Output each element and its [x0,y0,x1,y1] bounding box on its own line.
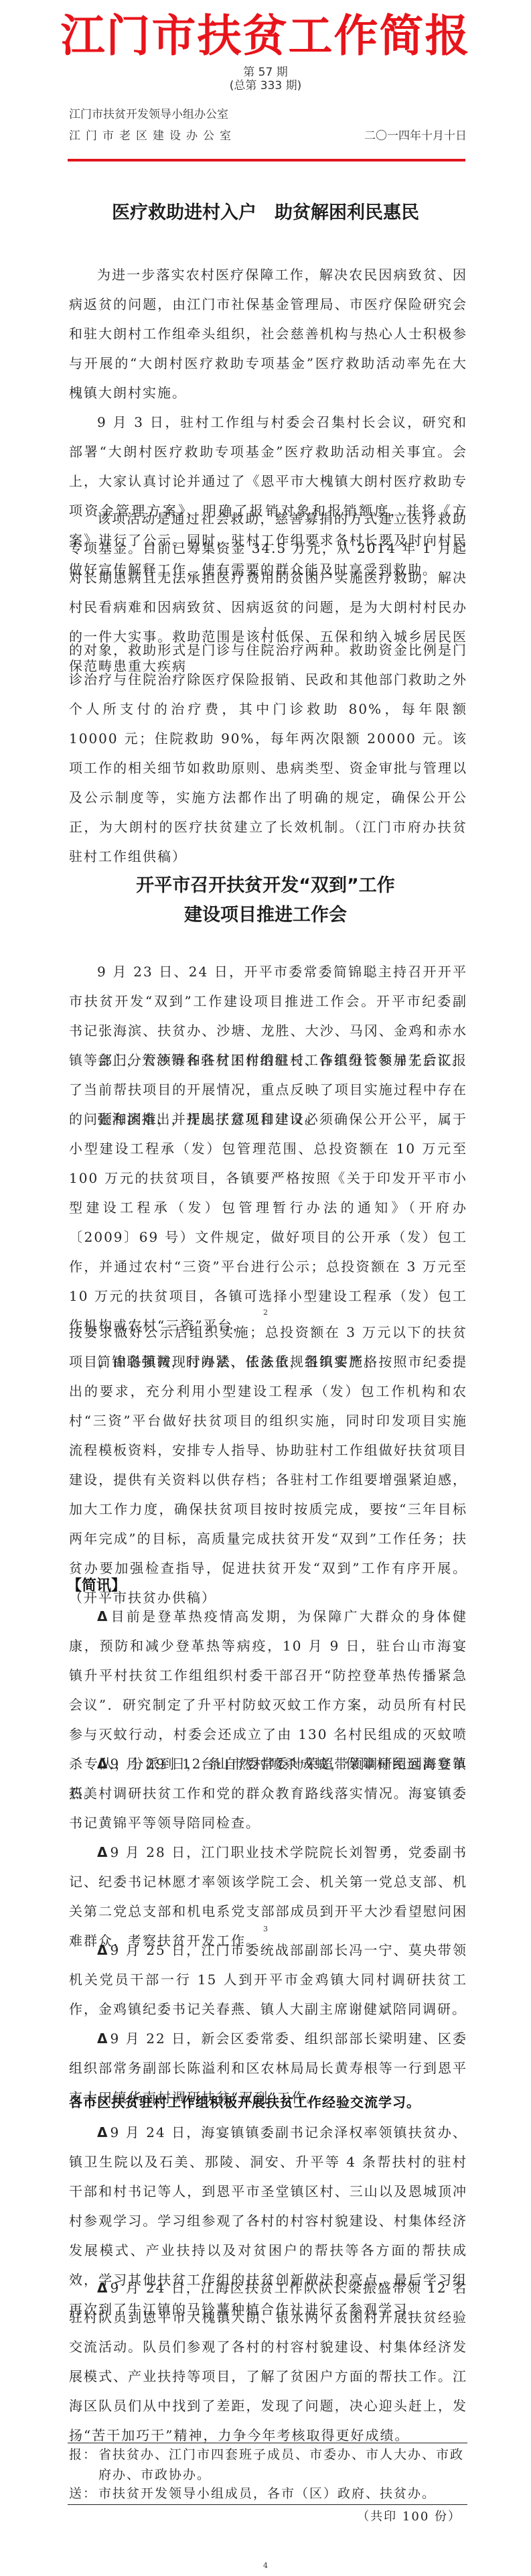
distribution-top-rule [68,2443,467,2443]
page-number: 2 [0,1308,531,1317]
delta-bullet-icon: Δ [97,2280,108,2296]
issue-total-number: (总第 333 期) [0,79,531,92]
delta-bullet-icon: Δ [97,2124,108,2140]
delta-bullet-icon: Δ [97,1608,108,1624]
issue-number: 第 57 期 [0,66,531,79]
article-2-title-line-2: 建设项目推进工作会 [0,901,531,930]
brief-item: Δ9 月 29 日，台山市委常委叶荣超带领调研组到海宴镇石美村调研扶贫工作和党的… [69,1749,467,1838]
delta-bullet-icon: Δ [97,1844,108,1860]
delta-bullet-icon: Δ [97,2031,108,2047]
article-1-paragraph: 的对象，救助形式是门诊与住院治疗两种。救助资金比例是门诊治疗与住院治疗除医疗保险… [69,635,467,871]
page-number: 4 [0,2561,531,2571]
article-2-paragraph: 张海滨指出，开展扶贫项目建设必须确保公开公平，属于小型建设工程承（发）包管理范围… [69,1104,467,1340]
article-2-title-line-1: 开平市召开扶贫开发“双到”工作 [0,871,531,901]
delta-bullet-icon: Δ [97,1942,108,1958]
article-1-title: 医疗救助进村入户 助贫解困利民惠民 [0,198,531,228]
send-label: 送： [69,2484,98,2504]
delta-bullet-icon: Δ [97,1756,108,1772]
issue-date: 二〇一四年十月十日 [364,129,467,143]
exchange-item: Δ9 月 24 日，江海区扶贫工作队队长梁振盛带领 12 名驻村队员到恩平市大槐… [69,2273,467,2450]
report-label: 报： [69,2445,98,2465]
print-copies: （共印 100 份） [357,2509,461,2525]
article-1-paragraph: 为进一步落实农村医疗保障工作，解决农民因病致贫、因病返贫的问题，由江门市社保基金… [69,260,467,407]
distribution-send: 送：市扶贫开发领导小组成员，各市（区）政府、扶贫办。 [69,2484,467,2504]
exchange-heading: 各市区扶贫驻村工作组积极开展扶贫工作经验交流学习。 [69,2092,471,2112]
briefs-heading: 【简讯】 [67,1576,126,1596]
send-recipients: 市扶贫开发领导小组成员，各市（区）政府、扶贫办。 [98,2484,465,2504]
brief-item: Δ9 月 25 日，江门市委统战部副部长冯一宁、莫央带领机关党员干部一行 15 … [69,1935,467,2024]
issuer-old-area-office: 江门市老区建设办公室 [69,129,236,143]
issuer-poverty-office: 江门市扶贫开发领导小组办公室 [69,107,228,122]
report-recipients: 省扶贫办、江门市四套班子成员、市委办、市人大办、市政府办、市政协办。 [98,2445,465,2485]
distribution-bottom-rule [68,2504,467,2505]
distribution-report: 报：省扶贫办、江门市四套班子成员、市委办、市人大办、市政府办、市政协办。 [69,2445,467,2485]
page-number: 1 [0,626,531,635]
article-2-paragraph: 简锦聪强调，时间紧、任务重，各镇要严格按照市纪委提出的要求，充分利用小型建设工程… [69,1347,467,1612]
masthead-title: 江门市扶贫工作简报 [0,9,531,63]
page-number: 3 [0,1925,531,1934]
header-red-divider [68,159,465,162]
